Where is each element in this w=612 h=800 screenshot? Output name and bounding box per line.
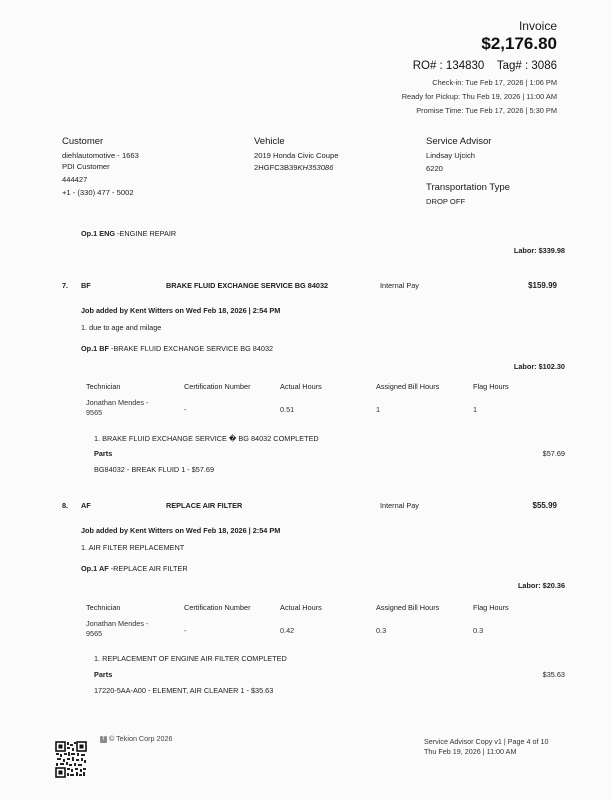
job-number: 7.: [62, 281, 68, 290]
customer-title: Customer: [62, 136, 139, 147]
job-labor: Labor: $20.36: [518, 581, 565, 590]
check-in-time: Check-in: Tue Feb 17, 2026 | 1:06 PM: [432, 78, 557, 87]
job-number: 8.: [62, 501, 68, 510]
footer-copyright: T © Tekion Corp 2026: [100, 734, 173, 743]
tech-assigned-bill-hours: 1: [376, 405, 380, 414]
printed-at: Thu Feb 19, 2026 | 11:00 AM: [424, 747, 549, 757]
customer-id: 444427: [62, 175, 139, 184]
tech-assigned-bill-hours: 0.3: [376, 626, 386, 635]
customer-type: PDI Customer: [62, 162, 139, 171]
tag-number: Tag# : 3086: [497, 60, 557, 72]
job-op-code: Op.1 AF: [81, 564, 109, 573]
customer-name: diehlautomotive - 1663: [62, 151, 139, 160]
tech-flag-hours: 1: [473, 405, 477, 414]
invoice-total: $2,176.80: [481, 34, 557, 54]
tech-name: Jonathan Mendes - 9565: [86, 398, 166, 418]
vehicle-title: Vehicle: [254, 136, 338, 147]
job-name: REPLACE AIR FILTER: [166, 501, 242, 510]
tech-header-assigned-bill-hours: Assigned Bill Hours: [376, 603, 439, 612]
tech-header-technician: Technician: [86, 382, 120, 391]
job-code: AF: [81, 501, 91, 510]
qr-code-icon: [55, 741, 87, 778]
job-op-desc: -BRAKE FLUID EXCHANGE SERVICE BG 84032: [109, 344, 273, 353]
job-op-line: Op.1 BF -BRAKE FLUID EXCHANGE SERVICE BG…: [81, 344, 273, 353]
job-added-by: Job added by Kent Witters on Wed Feb 18,…: [81, 306, 280, 315]
vehicle-vin: 2HGFC3B39KH353086: [254, 163, 338, 172]
parts-total: $57.69: [543, 449, 565, 458]
tech-header-flag-hours: Flag Hours: [473, 603, 509, 612]
job-concern: 1. due to age and milage: [81, 323, 161, 332]
job-price: $159.99: [528, 281, 557, 290]
tekion-logo-icon: T: [100, 736, 107, 743]
job-story: 1. BRAKE FLUID EXCHANGE SERVICE � BG 840…: [94, 434, 319, 443]
part-line: 17220-5AA-A00 - ELEMENT, AIR CLEANER 1 -…: [94, 686, 273, 695]
footer-page-info: Service Advisor Copy v1 | Page 4 of 10 T…: [424, 737, 549, 757]
parts-label: Parts: [94, 670, 112, 679]
tech-header-flag-hours: Flag Hours: [473, 382, 509, 391]
tech-header-actual-hours: Actual Hours: [280, 382, 322, 391]
copyright-text: © Tekion Corp 2026: [109, 734, 173, 743]
previous-op-labor: Labor: $339.98: [514, 246, 565, 255]
service-advisor-name: Lindsay Ujcich: [426, 151, 510, 160]
ro-tag-line: RO# : 134830 Tag# : 3086: [413, 60, 557, 72]
part-line: BG84032 - BREAK FLUID 1 - $57.69: [94, 465, 214, 474]
job-pay-type: Internal Pay: [380, 501, 419, 510]
previous-op-desc: -ENGINE REPAIR: [115, 229, 176, 238]
parts-total: $35.63: [543, 670, 565, 679]
service-advisor-section: Service Advisor Lindsay Ujcich 6220 Tran…: [426, 136, 510, 206]
transportation-title: Transportation Type: [426, 182, 510, 193]
tech-actual-hours: 0.42: [280, 626, 294, 635]
vin-prefix: 2HGFC3B39: [254, 163, 297, 172]
vehicle-section: Vehicle 2019 Honda Civic Coupe 2HGFC3B39…: [254, 136, 338, 172]
job-story: 1. REPLACEMENT OF ENGINE AIR FILTER COMP…: [94, 654, 287, 663]
tech-header-assigned-bill-hours: Assigned Bill Hours: [376, 382, 439, 391]
tech-header-certification: Certification Number: [184, 603, 251, 612]
job-added-by: Job added by Kent Witters on Wed Feb 18,…: [81, 526, 280, 535]
job-op-code: Op.1 BF: [81, 344, 109, 353]
customer-section: Customer diehlautomotive - 1663 PDI Cust…: [62, 136, 139, 197]
parts-label: Parts: [94, 449, 112, 458]
previous-op-code: Op.1 ENG: [81, 229, 115, 238]
job-op-line: Op.1 AF -REPLACE AIR FILTER: [81, 564, 188, 573]
job-price: $55.99: [533, 501, 557, 510]
customer-phone: +1 - (330) 477 - 5002: [62, 188, 139, 197]
tech-certification: -: [184, 405, 186, 414]
tech-flag-hours: 0.3: [473, 626, 483, 635]
ro-number: RO# : 134830: [413, 60, 485, 72]
promise-time: Promise Time: Tue Feb 17, 2026 | 5:30 PM: [416, 106, 557, 115]
vehicle-description: 2019 Honda Civic Coupe: [254, 151, 338, 160]
job-labor: Labor: $102.30: [514, 362, 565, 371]
copy-info: Service Advisor Copy v1 | Page 4 of 10: [424, 737, 549, 747]
tech-name: Jonathan Mendes - 9565: [86, 619, 166, 639]
service-advisor-id: 6220: [426, 164, 510, 173]
invoice-title: Invoice: [519, 19, 557, 33]
tech-header-technician: Technician: [86, 603, 120, 612]
tech-certification: -: [184, 626, 186, 635]
previous-op-line: Op.1 ENG -ENGINE REPAIR: [81, 229, 176, 238]
job-pay-type: Internal Pay: [380, 281, 419, 290]
vin-suffix: KH353086: [297, 163, 333, 172]
job-code: BF: [81, 281, 91, 290]
job-op-desc: -REPLACE AIR FILTER: [109, 564, 188, 573]
ready-for-pickup-time: Ready for Pickup: Thu Feb 19, 2026 | 11:…: [402, 92, 557, 101]
tech-actual-hours: 0.51: [280, 405, 294, 414]
job-concern: 1. AIR FILTER REPLACEMENT: [81, 543, 184, 552]
service-advisor-title: Service Advisor: [426, 136, 510, 147]
tech-header-certification: Certification Number: [184, 382, 251, 391]
transportation-value: DROP OFF: [426, 197, 510, 206]
tech-header-actual-hours: Actual Hours: [280, 603, 322, 612]
job-name: BRAKE FLUID EXCHANGE SERVICE BG 84032: [166, 281, 328, 290]
